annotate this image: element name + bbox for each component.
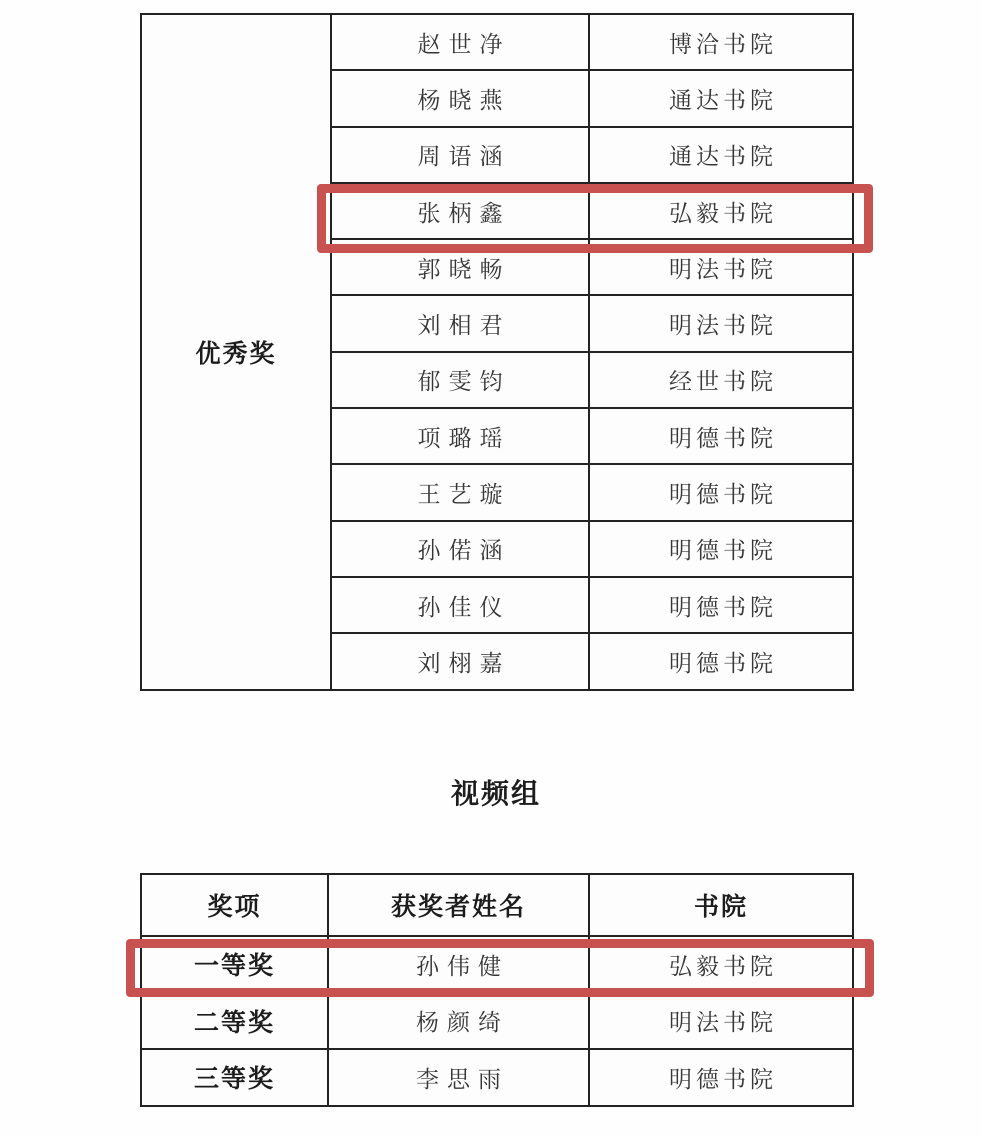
- header-cell-award: 奖项: [141, 874, 328, 936]
- college-cell: 弘毅书院: [589, 936, 853, 993]
- table-row: 优秀奖赵世净博洽书院: [141, 14, 853, 70]
- header-cell-college: 书院: [589, 874, 853, 936]
- college-cell: 弘毅书院: [589, 183, 853, 239]
- winner-name-cell: 孙偌涵: [331, 521, 589, 577]
- winner-name-cell: 刘栩嘉: [331, 633, 589, 689]
- college-cell: 明德书院: [589, 1049, 853, 1106]
- award-rank-cell: 三等奖: [141, 1049, 328, 1106]
- winner-name-cell: 周语涵: [331, 127, 589, 183]
- excellence-award-table: 优秀奖赵世净博洽书院杨晓燕通达书院周语涵通达书院张柄鑫弘毅书院郭晓畅明法书院刘相…: [140, 13, 854, 691]
- winner-name-cell: 孙伟健: [328, 936, 589, 993]
- winner-name-cell: 张柄鑫: [331, 183, 589, 239]
- college-cell: 明德书院: [589, 521, 853, 577]
- video-group-table: 奖项 获奖者姓名 书院 一等奖孙伟健弘毅书院二等奖杨颜绮明法书院三等奖李思雨明德…: [140, 873, 854, 1107]
- college-cell: 明法书院: [589, 295, 853, 351]
- winner-name-cell: 杨颜绮: [328, 993, 589, 1050]
- college-cell: 明德书院: [589, 577, 853, 633]
- table-row: 三等奖李思雨明德书院: [141, 1049, 853, 1106]
- winner-name-cell: 杨晓燕: [331, 70, 589, 126]
- college-cell: 经世书院: [589, 352, 853, 408]
- college-cell: 通达书院: [589, 70, 853, 126]
- college-cell: 明法书院: [589, 993, 853, 1050]
- award-rank-cell: 二等奖: [141, 993, 328, 1050]
- excellence-table-body: 优秀奖赵世净博洽书院杨晓燕通达书院周语涵通达书院张柄鑫弘毅书院郭晓畅明法书院刘相…: [141, 14, 853, 690]
- winner-name-cell: 项璐瑶: [331, 408, 589, 464]
- award-category-cell: 优秀奖: [141, 14, 331, 690]
- college-cell: 明德书院: [589, 464, 853, 520]
- winner-name-cell: 郭晓畅: [331, 239, 589, 295]
- table-row: 二等奖杨颜绮明法书院: [141, 993, 853, 1050]
- college-cell: 明德书院: [589, 408, 853, 464]
- winner-name-cell: 李思雨: [328, 1049, 589, 1106]
- header-cell-winner: 获奖者姓名: [328, 874, 589, 936]
- table-row: 一等奖孙伟健弘毅书院: [141, 936, 853, 993]
- college-cell: 明德书院: [589, 633, 853, 689]
- college-cell: 博洽书院: [589, 14, 853, 70]
- winner-name-cell: 孙佳仪: [331, 577, 589, 633]
- video-table-body: 一等奖孙伟健弘毅书院二等奖杨颜绮明法书院三等奖李思雨明德书院: [141, 936, 853, 1106]
- award-rank-cell: 一等奖: [141, 936, 328, 993]
- document-page: 优秀奖赵世净博洽书院杨晓燕通达书院周语涵通达书院张柄鑫弘毅书院郭晓畅明法书院刘相…: [0, 0, 981, 1136]
- winner-name-cell: 刘相君: [331, 295, 589, 351]
- college-cell: 通达书院: [589, 127, 853, 183]
- winner-name-cell: 郁雯钧: [331, 352, 589, 408]
- college-cell: 明法书院: [589, 239, 853, 295]
- section-heading: 视频组: [140, 772, 852, 812]
- table-header-row: 奖项 获奖者姓名 书院: [141, 874, 853, 936]
- winner-name-cell: 赵世净: [331, 14, 589, 70]
- winner-name-cell: 王艺璇: [331, 464, 589, 520]
